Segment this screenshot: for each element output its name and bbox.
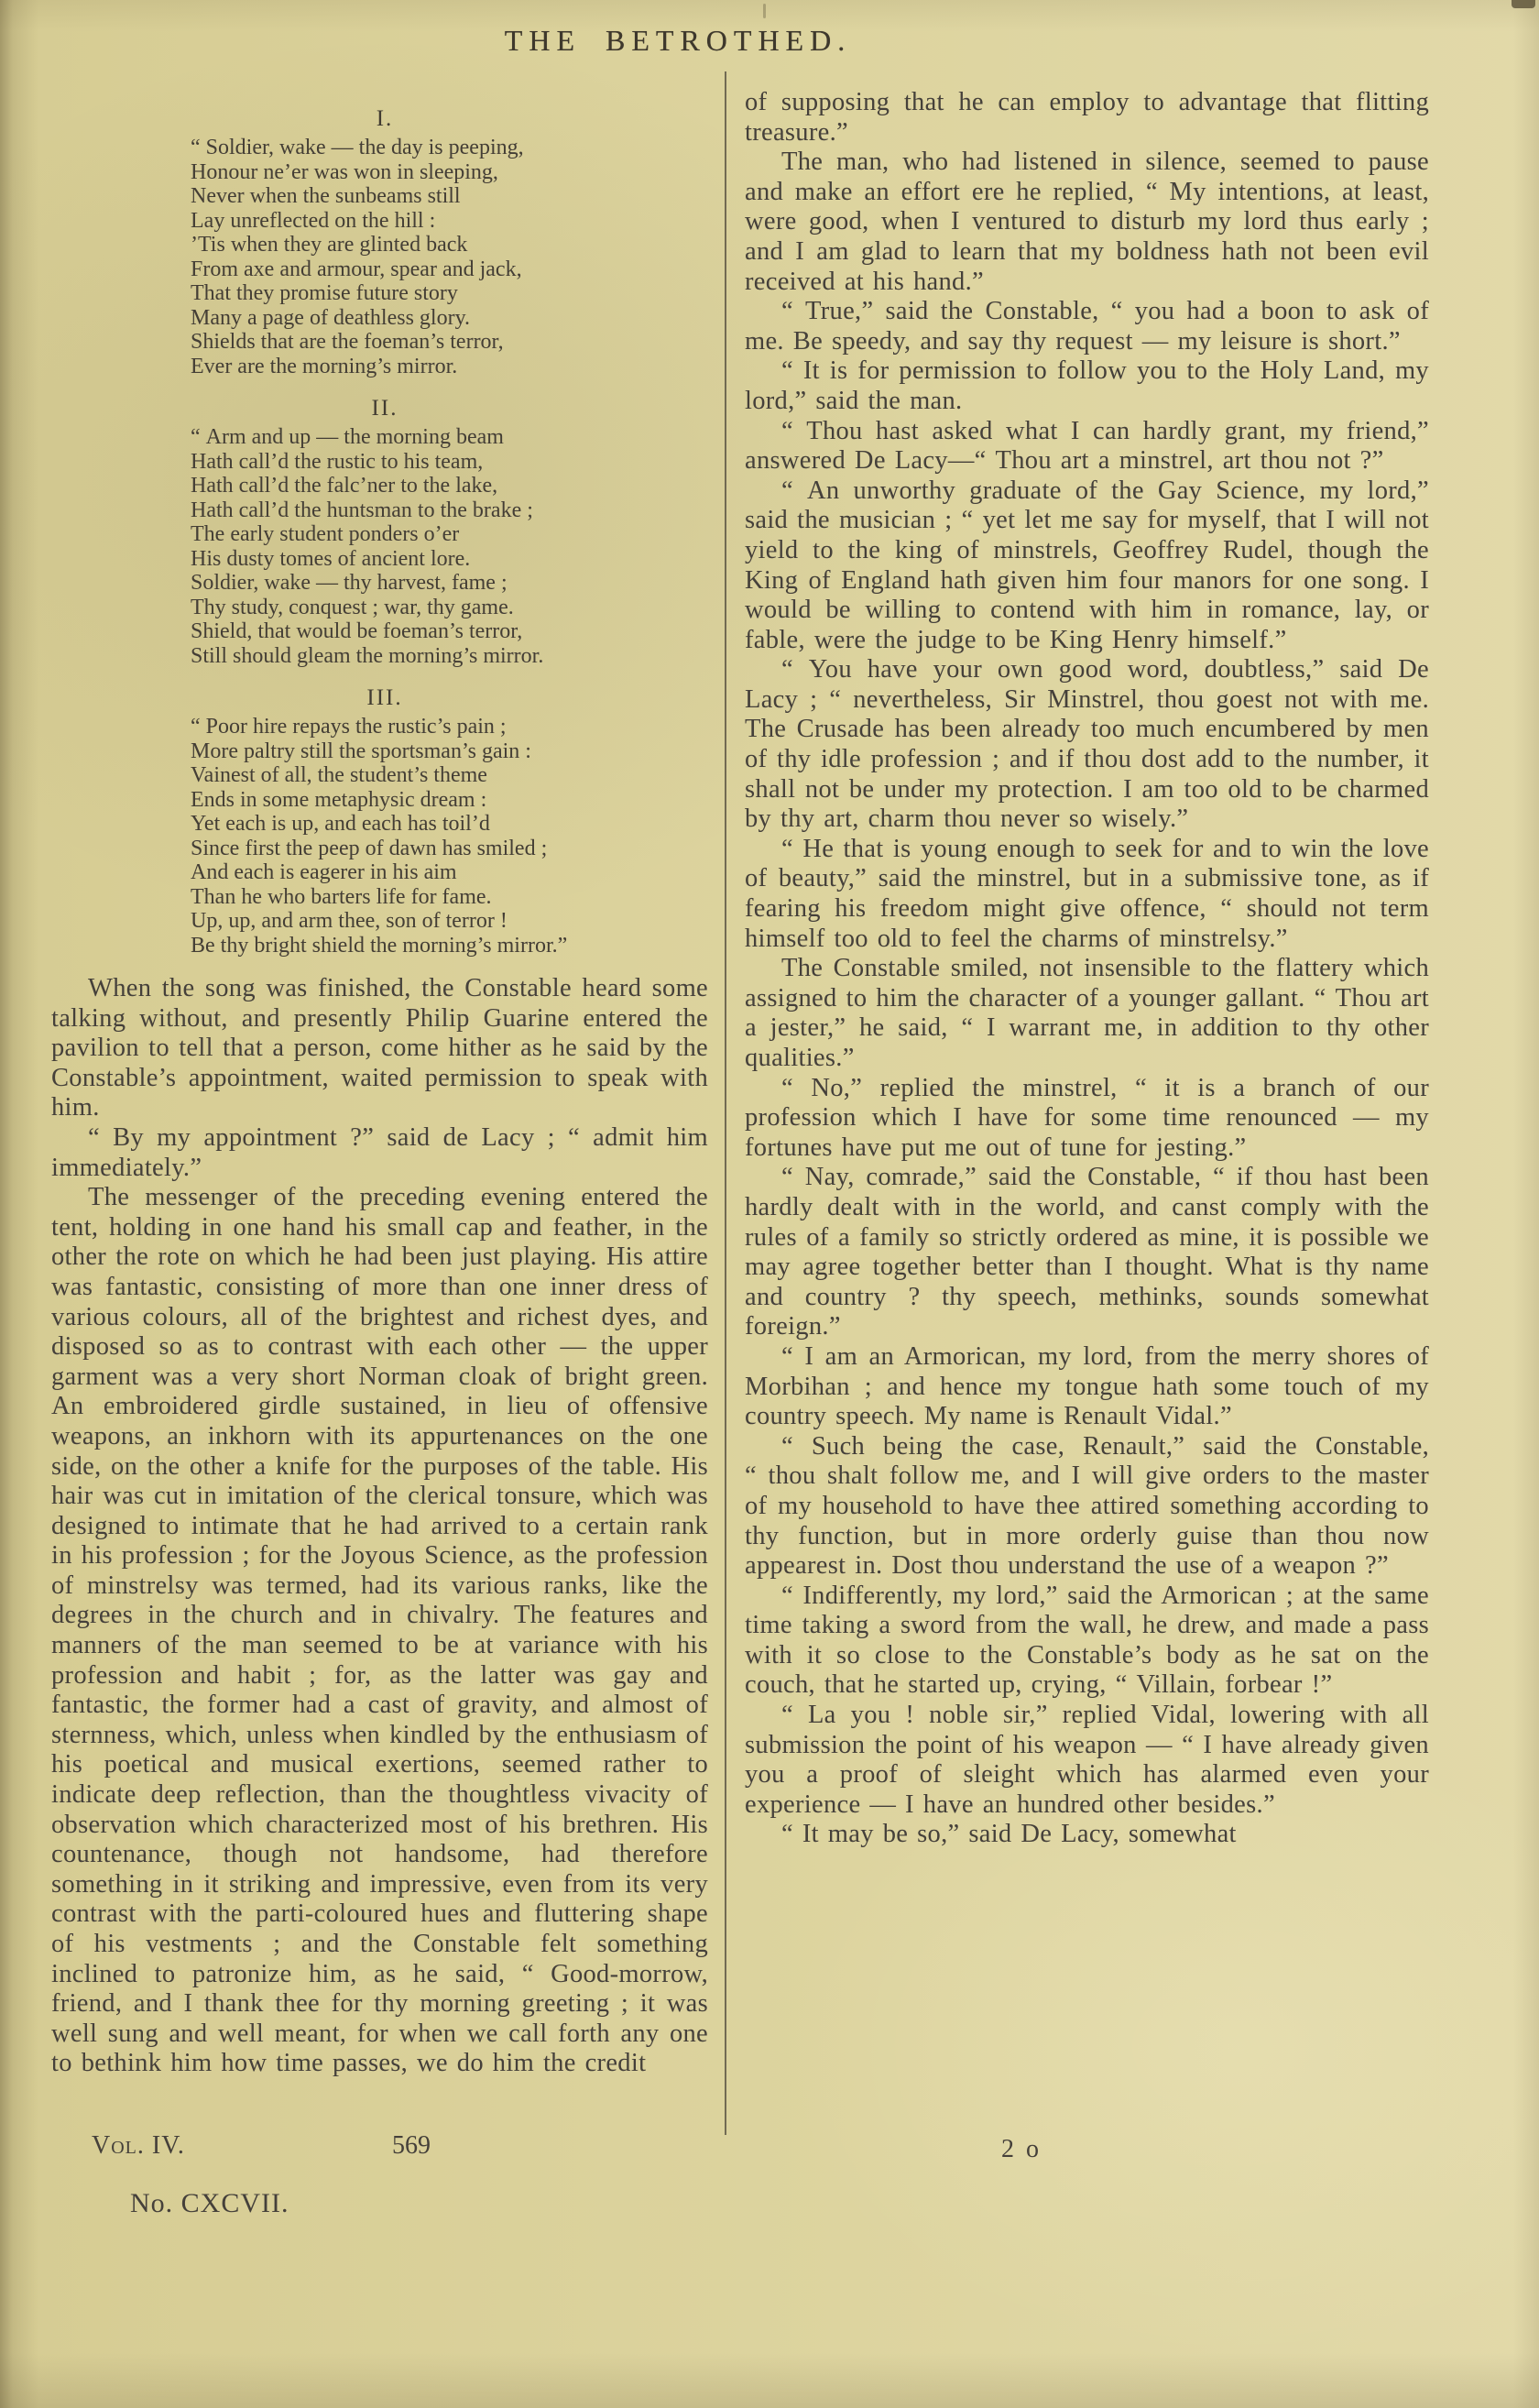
verse-line: Shields that are the foeman’s terror, xyxy=(191,330,621,355)
paragraph: The Constable smiled, not insensible to … xyxy=(745,954,1429,1073)
verse-line: Ever are the morning’s mirror. xyxy=(191,355,621,379)
verse-line: Hath call’d the huntsman to the brake ; xyxy=(191,498,621,523)
paragraph: The man, who had listened in silence, se… xyxy=(745,148,1429,297)
verse-1-numeral: I. xyxy=(191,105,579,133)
paragraph: “ I am an Armorican, my lord, from the m… xyxy=(745,1342,1429,1432)
paragraph: “ True,” said the Constable, “ you had a… xyxy=(745,297,1429,356)
verse-line: Soldier, wake — thy harvest, fame ; xyxy=(191,571,621,596)
verse-line: Than he who barters life for fame. xyxy=(191,885,621,910)
paragraph: “ Indifferently, my lord,” said the Armo… xyxy=(745,1582,1429,1701)
verse-line: Yet each is up, and each has toil’d xyxy=(191,812,621,837)
paragraph: of supposing that he can employ to advan… xyxy=(745,88,1429,148)
column-divider-rule xyxy=(725,71,726,2135)
paragraph: “ Thou hast asked what I can hardly gran… xyxy=(745,417,1429,476)
left-column-prose: When the song was finished, the Constabl… xyxy=(51,974,708,2079)
verse-line: Never when the sunbeams still xyxy=(191,184,621,209)
printer-signature: 2 o xyxy=(1001,2135,1039,2164)
paragraph: When the song was finished, the Constabl… xyxy=(51,974,708,1123)
volume-label: Vol. IV. xyxy=(92,2131,185,2161)
verse-line: The early student ponders o’er xyxy=(191,522,621,547)
scan-edge-mark xyxy=(1512,0,1535,8)
verse-line: From axe and armour, spear and jack, xyxy=(191,257,621,282)
verse-1: I. “ Soldier, wake — the day is peeping,… xyxy=(191,105,621,378)
right-column-prose: of supposing that he can employ to advan… xyxy=(745,88,1429,1850)
verse-line: Hath call’d the rustic to his team, xyxy=(191,450,621,475)
paragraph: “ No,” replied the minstrel, “ it is a b… xyxy=(745,1074,1429,1164)
paragraph: “ You have your own good word, doubtless… xyxy=(745,655,1429,835)
scanned-book-page: { "colors": { "paper": "#d6cc93", "ink":… xyxy=(0,0,1539,2408)
verse-line: Honour ne’er was won in sleeping, xyxy=(191,160,621,185)
page-number: 569 xyxy=(392,2131,431,2161)
verse-line: And each is eagerer in his aim xyxy=(191,860,621,885)
verse-line: Still should gleam the morning’s mirror. xyxy=(191,644,621,669)
verse-line: That they promise future story xyxy=(191,281,621,306)
verse-1-lines: “ Soldier, wake — the day is peeping,Hon… xyxy=(191,136,621,378)
verse-2-numeral: II. xyxy=(191,395,579,422)
song-verses: I. “ Soldier, wake — the day is peeping,… xyxy=(191,105,621,958)
paragraph: “ It is for permission to follow you to … xyxy=(745,356,1429,416)
verse-line: Up, up, and arm thee, son of terror ! xyxy=(191,909,621,934)
verse-line: Vainest of all, the student’s theme xyxy=(191,763,621,788)
paragraph: “ La you ! noble sir,” replied Vidal, lo… xyxy=(745,1701,1429,1820)
verse-line: His dusty tomes of ancient lore. xyxy=(191,547,621,572)
verse-3: III. “ Poor hire repays the rustic’s pai… xyxy=(191,684,621,958)
verse-line: “ Soldier, wake — the day is peeping, xyxy=(191,136,621,160)
verse-line: More paltry still the sportsman’s gain : xyxy=(191,739,621,764)
right-column: of supposing that he can employ to advan… xyxy=(745,88,1429,1850)
verse-2-lines: “ Arm and up — the morning beamHath call… xyxy=(191,425,621,668)
scan-crease-mark xyxy=(763,4,766,18)
left-column-footer: Vol. IV. 569 No. CXCVII. xyxy=(51,2131,708,2168)
verse-line: Since first the peep of dawn has smiled … xyxy=(191,837,621,861)
paragraph: “ By my appointment ?” said de Lacy ; “ … xyxy=(51,1123,708,1183)
verse-3-lines: “ Poor hire repays the rustic’s pain ;Mo… xyxy=(191,715,621,958)
verse-line: Thy study, conquest ; war, thy game. xyxy=(191,596,621,620)
verse-line: Hath call’d the falc’ner to the lake, xyxy=(191,474,621,498)
paragraph: “ Such being the case, Renault,” said th… xyxy=(745,1432,1429,1582)
verse-line: Many a page of deathless glory. xyxy=(191,306,621,331)
paragraph: “ Nay, comrade,” said the Constable, “ i… xyxy=(745,1163,1429,1342)
verse-line: “ Arm and up — the morning beam xyxy=(191,425,621,450)
verse-line: Shield, that would be foeman’s terror, xyxy=(191,619,621,644)
left-column: I. “ Soldier, wake — the day is peeping,… xyxy=(51,93,708,2079)
page-title: THE BETROTHED. xyxy=(505,24,851,58)
paragraph: “ He that is young enough to seek for an… xyxy=(745,835,1429,954)
verse-line: “ Poor hire repays the rustic’s pain ; xyxy=(191,715,621,739)
verse-line: ’Tis when they are glinted back xyxy=(191,233,621,257)
issue-number: No. CXCVII. xyxy=(130,2188,289,2219)
verse-line: Ends in some metaphysic dream : xyxy=(191,788,621,813)
paragraph: “ It may be so,” said De Lacy, somewhat xyxy=(745,1820,1429,1850)
paragraph: “ An unworthy graduate of the Gay Scienc… xyxy=(745,476,1429,656)
verse-line: Be thy bright shield the morning’s mirro… xyxy=(191,934,621,958)
verse-line: Lay unreflected on the hill : xyxy=(191,209,621,234)
paragraph: The messenger of the preceding evening e… xyxy=(51,1183,708,2079)
verse-3-numeral: III. xyxy=(191,684,579,712)
verse-2: II. “ Arm and up — the morning beamHath … xyxy=(191,395,621,668)
